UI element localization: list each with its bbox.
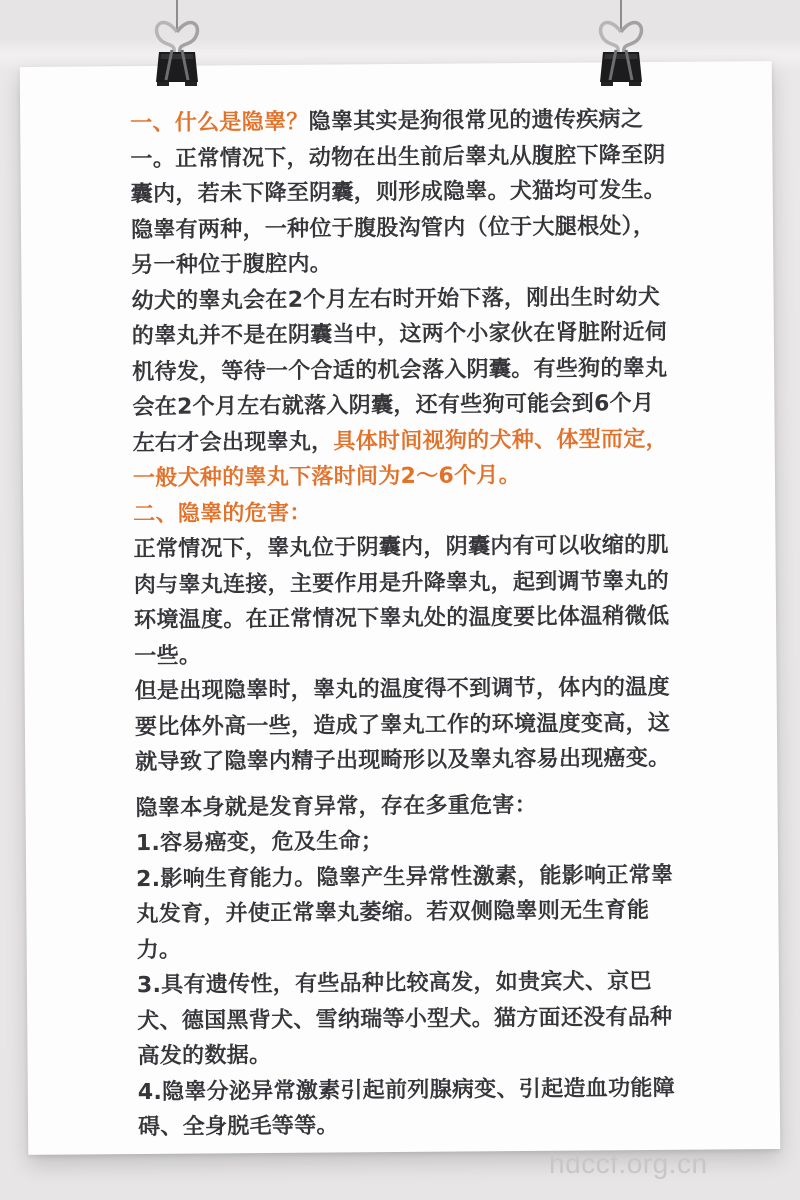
paper-sheet: 一、什么是隐睾？隐睾其实是狗很常见的遗传疾病之一。正常情况下，动物在出生前后睾丸… <box>20 61 781 1155</box>
clip-body-highlight <box>604 54 637 59</box>
hazard-list-intro: 隐睾本身就是发育异常，存在多重危害： <box>135 786 675 826</box>
clip-wire-right <box>177 23 197 53</box>
hazard-item-3: 3.具有遗传性，有些品种比较高发，如贵宾犬、京巴犬、德国黑背犬、雪纳瑞等小型犬。… <box>137 964 678 1075</box>
section2-paragraph-1: 正常情况下，睾丸位于阴囊内，阴囊内有可以收缩的肌肉与睾丸连接，主要作用是升降睾丸… <box>133 528 674 674</box>
section1-paragraph-1: 一、什么是隐睾？隐睾其实是狗很常见的遗传疾病之一。正常情况下，动物在出生前后睾丸… <box>130 102 671 284</box>
photo-scene: 一、什么是隐睾？隐睾其实是狗很常见的遗传疾病之一。正常情况下，动物在出生前后睾丸… <box>0 0 800 1200</box>
clip-wire-right <box>621 23 641 53</box>
watermark-text: hdccf.org.cn <box>549 1148 708 1180</box>
clip-body-highlight <box>160 54 193 59</box>
document-body: 一、什么是隐睾？隐睾其实是狗很常见的遗传疾病之一。正常情况下，动物在出生前后睾丸… <box>130 102 678 1146</box>
hazard-item-2: 2.影响生育能力。隐睾产生异常性激素，能影响正常睾丸发育，并使正常睾丸萎缩。若双… <box>136 857 677 968</box>
section1-paragraph-2: 幼犬的睾丸会在2个月左右时开始下落，刚出生时幼犬的睾丸并不是在阴囊当中，这两个小… <box>131 279 673 496</box>
section2-paragraph-2: 但是出现隐睾时，睾丸的温度得不到调节，体内的温度要比体外高一些，造成了睾丸工作的… <box>135 670 676 781</box>
clip-foot-left <box>157 82 169 86</box>
binder-clip-icon <box>590 0 652 90</box>
hazard-item-4: 4.隐睾分泌异常激素引起前列腺病变、引起造血功能障碍、全身脱毛等等。 <box>138 1070 679 1145</box>
section1-heading: 一、什么是隐睾？ <box>130 110 309 136</box>
binder-clip-icon <box>146 0 208 90</box>
clip-foot-left <box>601 82 613 86</box>
hazard-item-1: 1.容易癌变，危及生命； <box>136 822 676 862</box>
clip-foot-right <box>629 82 641 86</box>
clip-wire-left <box>601 23 621 53</box>
clip-foot-right <box>185 82 197 86</box>
clip-wire-left <box>157 23 177 53</box>
section2-heading: 二、隐睾的危害： <box>133 492 673 532</box>
